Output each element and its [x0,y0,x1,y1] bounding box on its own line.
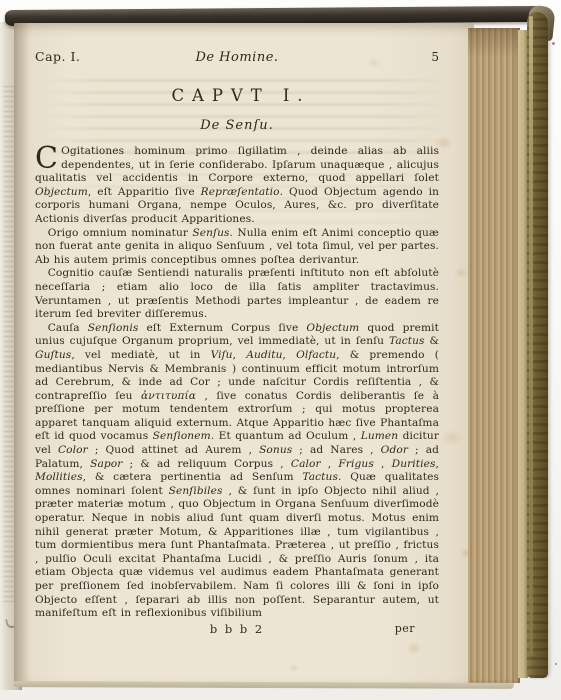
header-page-number: 5 [349,50,439,64]
book-page: Cap. I. De Homine. 5 CAPVT I. De Senſu. … [14,23,474,686]
printed-text-block: Cap. I. De Homine. 5 CAPVT I. De Senſu. … [35,49,439,636]
signature-mark: b b b 2 [210,622,264,636]
catchword: per [395,622,415,635]
paragraph: COgitationes hominum primo ſigillatim , … [35,145,439,227]
book-photograph: Cap. I. De Homine. 5 CAPVT I. De Senſu. … [0,0,561,700]
section-title: De Senſu. [35,118,439,133]
right-cover-highlight [529,16,533,656]
page-bottom-edge [14,681,514,689]
gutter-shadow [14,23,30,686]
paragraph: Cognitio cauſæ Sentiendi naturalis præſe… [35,267,439,321]
paragraph: Origo omnium nominatur Senſus. Nulla eni… [35,227,439,268]
chapter-title: CAPVT I. [35,86,439,105]
header-chapter-label: Cap. I. [35,49,125,64]
paragraph: Cauſa Senſionis eſt Externum Corpus ſive… [35,322,439,621]
dust-speck [555,663,557,665]
body-paragraphs: COgitationes hominum primo ſigillatim , … [35,145,439,621]
drop-cap: C [35,145,61,171]
dust-speck [552,42,555,45]
page-header: Cap. I. De Homine. 5 [35,49,439,65]
header-running-title: De Homine. [125,50,349,65]
signature-line: b b b 2 per [35,622,439,636]
fore-edge-page-block [468,28,520,683]
